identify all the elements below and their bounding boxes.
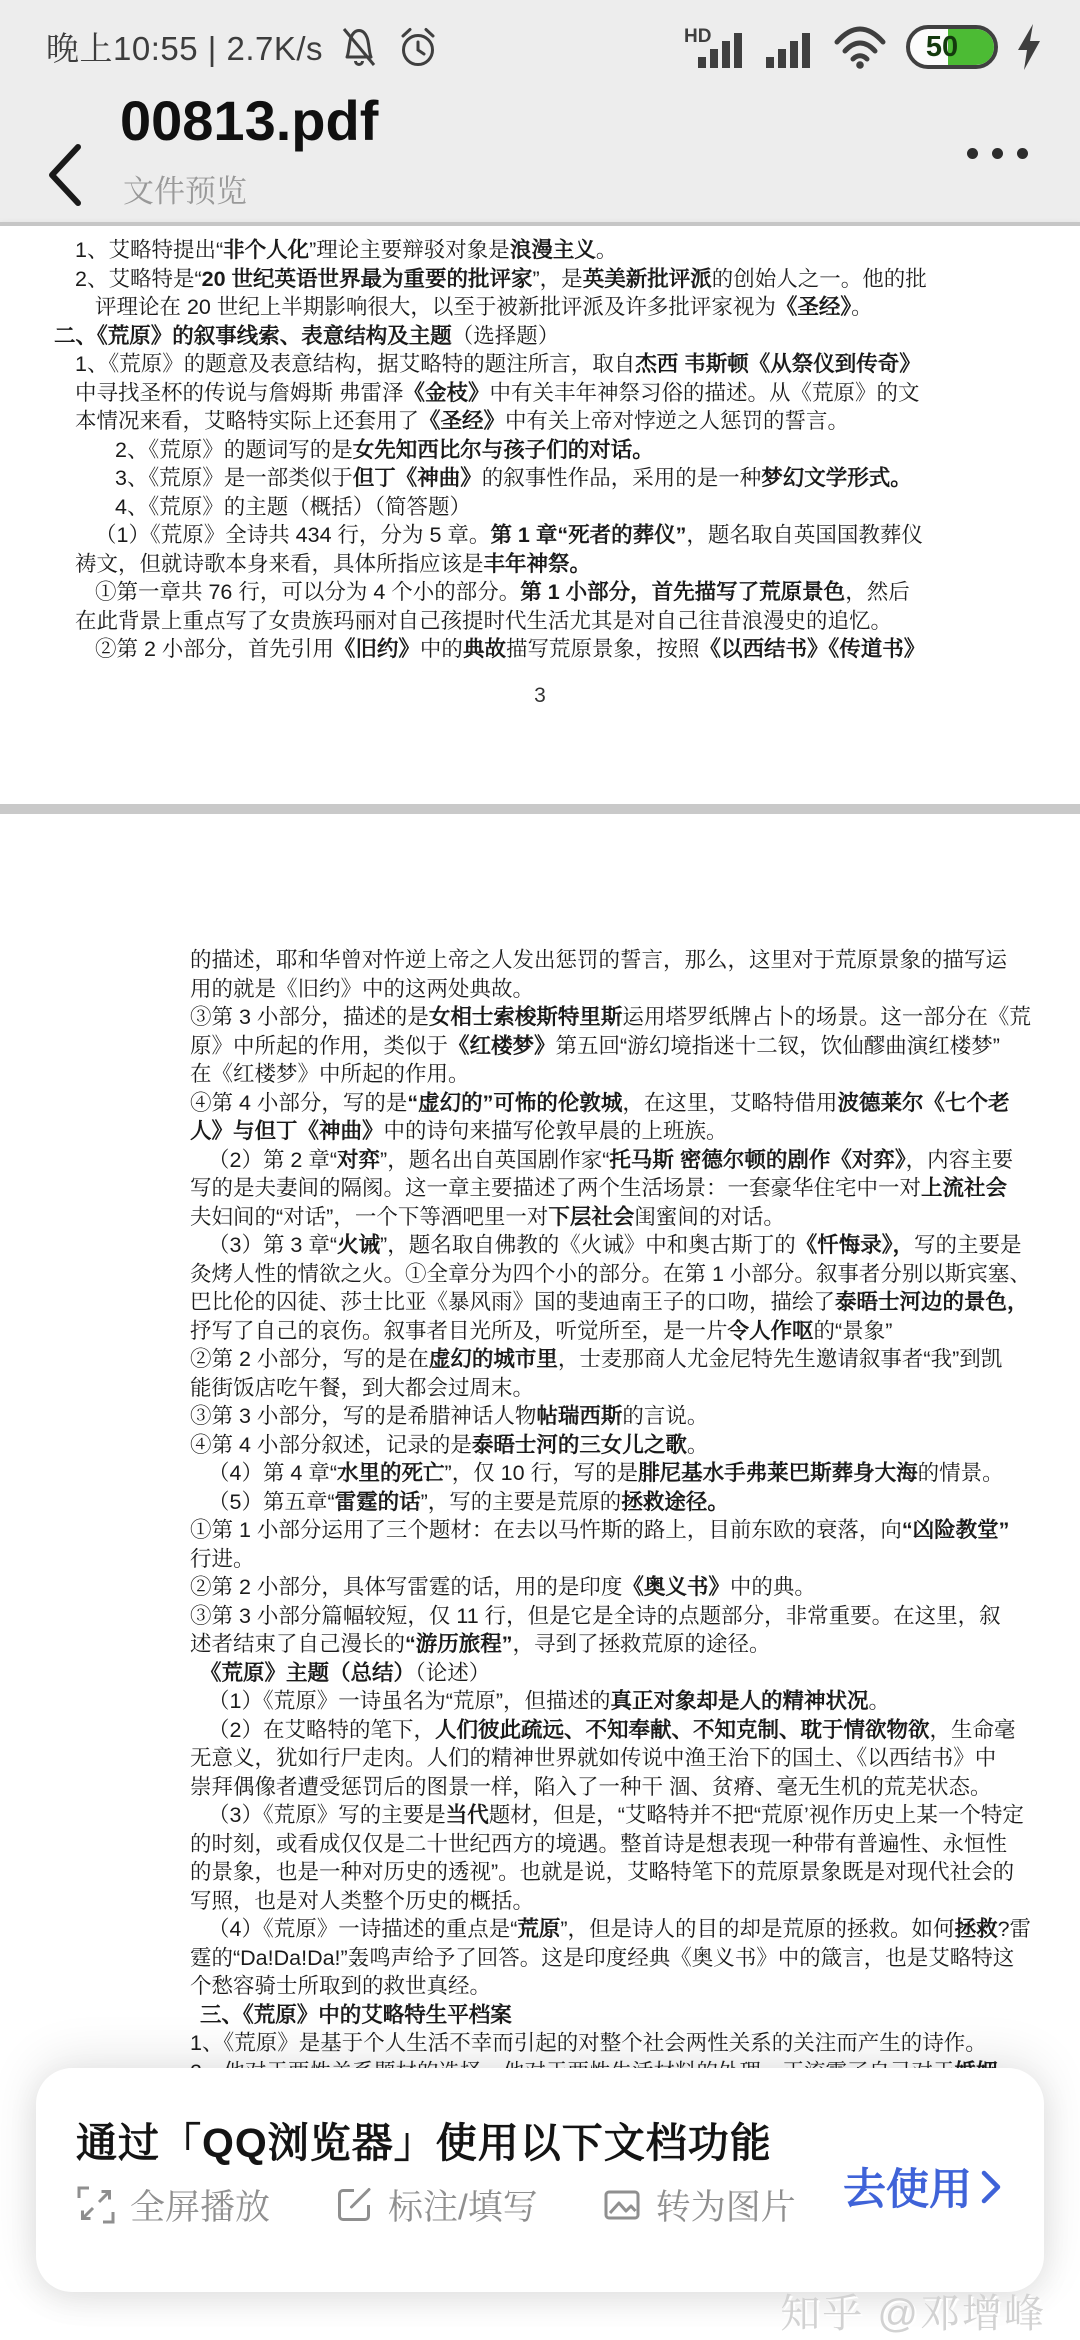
pdf-text-line: 1、《荒原》是基于个人生活不幸而引起的对整个社会两性关系的关注而产生的诗作。 (0, 2029, 1080, 2058)
open-in-qq-browser-cta[interactable]: 去使用 (843, 2156, 1002, 2217)
status-bar: 晚上10:55 | 2.7K/s HD 50 (0, 0, 1080, 80)
action-fullscreen[interactable]: 全屏播放 (76, 2180, 270, 2230)
pdf-text-line: 述者结束了自己漫长的“游历旅程”，寻到了拯救荒原的途径。 (0, 1630, 1080, 1659)
pdf-text-line: 3、《荒原》是一部类似于但丁《神曲》的叙事性作品，采用的是一种梦幻文学形式。 (0, 464, 1080, 493)
pdf-text-line: 抒写了自己的哀伤。叙事者目光所及，听觉所至，是一片令人作呕的“景象” (0, 1317, 1080, 1346)
pdf-text-line: 《荒原》主题（总结）（论述） (0, 1659, 1080, 1688)
pdf-text-line: 本情况来看，艾略特实际上还套用了《圣经》中有关上帝对悖逆之人惩罚的誓言。 (0, 407, 1080, 436)
pdf-text-line: （3）第 3 章“火诫”，题名取自佛教的《火诫》中和奥古斯丁的《忏悔录》，写的主… (0, 1231, 1080, 1260)
pdf-text-line: 祷文，但就诗歌本身来看，具体所指应该是丰年神祭。 (0, 550, 1080, 579)
file-preview-header: 00813.pdf 文件预览 (0, 80, 1080, 222)
bottom-sheet-title: 通过「QQ浏览器」使用以下文档功能 (76, 2110, 772, 2169)
annotate-icon (334, 2185, 374, 2225)
phone-screen: 晚上10:55 | 2.7K/s HD 50 00813.pdf 文件预览 3 (0, 0, 1080, 2340)
cta-label: 去使用 (843, 2156, 972, 2217)
pdf-text-line: 用的就是《旧约》中的这两处典故。 (0, 975, 1080, 1004)
pdf-text-line: （1）《荒原》一诗虽名为“荒原”，但描述的真正对象却是人的精神状况。 (0, 1687, 1080, 1716)
pdf-text-line: （1）《荒原》全诗共 434 行，分为 5 章。第 1 章“死者的葬仪”，题名取… (0, 521, 1080, 550)
action-label: 标注/填写 (388, 2180, 538, 2230)
pdf-text-line: 评理论在 20 世纪上半期影响很大，以至于被新批评派及许多批评家视为《圣经》。 (0, 293, 1080, 322)
pdf-text-line: ②第 2 小部分，写的是在虚幻的城市里，士麦那商人尤金尼特先生邀请叙事者“我”到… (0, 1345, 1080, 1374)
pdf-text-line: ①第一章共 76 行，可以分为 4 个小的部分。第 1 小部分，首先描写了荒原景… (0, 578, 1080, 607)
pdf-text-line: 1、艾略特提出“非个人化”理论主要辩驳对象是浪漫主义。 (0, 236, 1080, 265)
signal-icon (764, 24, 814, 70)
pdf-text-line: 夫妇间的“对话”，一个下等酒吧里一对下层社会闺蜜间的对话。 (0, 1203, 1080, 1232)
qq-browser-bottom-sheet: 通过「QQ浏览器」使用以下文档功能 去使用 全屏播放标注/填写转为图片 (36, 2068, 1044, 2292)
pdf-text-line: 个愁容骑士所取到的救世真经。 (0, 1972, 1080, 2001)
chevron-right-icon (980, 2168, 1002, 2206)
pdf-text-line: 二、《荒原》的叙事线索、表意结构及主题（选择题） (0, 322, 1080, 351)
to-image-icon (602, 2185, 642, 2225)
zhihu-watermark: 知乎 @邓增峰 (780, 2282, 1046, 2339)
pdf-text-line: 霆的“Da!Da!Da!”轰鸣声给予了回答。这是印度经典《奥义书》中的箴言，也是… (0, 1944, 1080, 1973)
page-number: 3 (0, 684, 1080, 708)
pdf-text-line: 中寻找圣杯的传说与詹姆斯 弗雷泽《金枝》中有关丰年神祭习俗的描述。从《荒原》的文 (0, 379, 1080, 408)
pdf-text-line: 2、艾略特是“20 世纪英语世界最为重要的批评家”，是英美新批评派的创始人之一。… (0, 265, 1080, 294)
action-label: 转为图片 (656, 2180, 796, 2230)
battery-percent: 50 (910, 29, 994, 65)
wifi-icon (832, 24, 888, 70)
pdf-text-line: ①第 1 小部分运用了三个题材：在去以马忤斯的路上，目前东欧的衰落，向“凶险教堂… (0, 1516, 1080, 1545)
pdf-text-line: 写照，也是对人类整个历史的概括。 (0, 1887, 1080, 1916)
pdf-text-line: （2）在艾略特的笔下，人们彼此疏远、不知奉献、不知克制、耽于情欲物欲，生命毫 (0, 1716, 1080, 1745)
battery-icon: 50 (906, 25, 998, 69)
pdf-text-line: 的时刻，或看成仅仅是二十世纪西方的境遇。整首诗是想表现一种带有普遍性、永恒性 (0, 1830, 1080, 1859)
pdf-text-line: （5）第五章“雷霆的话”，写的主要是荒原的拯救途径。 (0, 1488, 1080, 1517)
pdf-text-line: 三、《荒原》中的艾略特生平档案 (0, 2001, 1080, 2030)
pdf-text-line: ④第 4 小部分叙述，记录的是泰晤士河的三女儿之歌。 (0, 1431, 1080, 1460)
pdf-text-line: 原》中所起的作用，类似于《红楼梦》第五回“游幻境指迷十二钗，饮仙醪曲演红楼梦” (0, 1032, 1080, 1061)
pdf-text-line: 能街饭店吃午餐，到大都会过周末。 (0, 1374, 1080, 1403)
pdf-text-line: ②第 2 小部分，具体写雷霆的话，用的是印度《奥义书》中的典。 (0, 1573, 1080, 1602)
pdf-text-line: （3）《荒原》写的主要是当代题材，但是，“艾略特并不把“荒原’视作历史上某一个特… (0, 1801, 1080, 1830)
document-actions-row: 全屏播放标注/填写转为图片 (76, 2180, 796, 2230)
pdf-text-line: 的描述，耶和华曾对忤逆上帝之人发出惩罚的誓言，那么，这里对于荒原景象的描写运 (0, 946, 1080, 975)
action-label: 全屏播放 (130, 2180, 270, 2230)
hd-signal-icon: HD (684, 24, 746, 70)
pdf-text-line: ④第 4 小部分，写的是“虚幻的”可怖的伦敦城，在这里，艾略特借用波德莱尔《七个… (0, 1089, 1080, 1118)
pdf-text-line: 人》与但丁《神曲》中的诗句来描写伦敦早晨的上班族。 (0, 1117, 1080, 1146)
pdf-text-line: 1、《荒原》的题意及表意结构，据艾略特的题注所言，取自杰西 韦斯顿《从祭仪到传奇… (0, 350, 1080, 379)
charging-icon (1016, 24, 1042, 70)
pdf-page-3[interactable]: 3 1、艾略特提出“非个人化”理论主要辩驳对象是浪漫主义。2、艾略特是“20 世… (0, 226, 1080, 804)
pdf-text-line: ②第 2 小部分，首先引用《旧约》中的典故描写荒原景象，按照《以西结书》《传道书… (0, 635, 1080, 664)
pdf-text-line: 灸烤人性的情欲之火。①全章分为四个小的部分。在第 1 小部分。叙事者分别以斯宾塞… (0, 1260, 1080, 1289)
pdf-text-line: 的景象，也是一种对历史的透视”。也就是说，艾略特笔下的荒原景象既是对现代社会的 (0, 1858, 1080, 1887)
fullscreen-icon (76, 2185, 116, 2225)
pdf-text-line: ③第 3 小部分篇幅较短，仅 11 行，但是它是全诗的点题部分，非常重要。在这里… (0, 1602, 1080, 1631)
more-options-button[interactable] (953, 148, 1028, 159)
pdf-text-line: 写的是夫妻间的隔阂。这一章主要描述了两个生活场景：一套豪华住宅中一对上流社会 (0, 1174, 1080, 1203)
page-separator (0, 804, 1080, 814)
pdf-text-line: 在此背景上重点写了女贵族玛丽对自己孩提时代生活尤其是对自己往昔浪漫史的追忆。 (0, 607, 1080, 636)
pdf-text-line: 2、《荒原》的题词写的是女先知西比尔与孩子们的对话。 (0, 436, 1080, 465)
action-to-image[interactable]: 转为图片 (602, 2180, 796, 2230)
status-time-speed: 晚上10:55 | 2.7K/s (46, 23, 323, 70)
pdf-text-line: 4、《荒原》的主题（概括）（简答题） (0, 493, 1080, 522)
pdf-text-line: （2）第 2 章“对弈”，题名出自英国剧作家“托马斯 密德尔顿的剧作《对弈》，内… (0, 1146, 1080, 1175)
action-annotate[interactable]: 标注/填写 (334, 2180, 538, 2230)
pdf-text-line: ③第 3 小部分，描述的是女相士索梭斯特里斯运用塔罗纸牌占卜的场景。这一部分在《… (0, 1003, 1080, 1032)
pdf-text-line: 行进。 (0, 1545, 1080, 1574)
pdf-text-line: （4）第 4 章“水里的死亡”，仅 10 行，写的是腓尼基水手弗莱巴斯葬身大海的… (0, 1459, 1080, 1488)
page-title: 00813.pdf (120, 88, 378, 153)
muted-bell-icon (339, 24, 379, 70)
pdf-text-line: 崇拜偶像者遭受惩罚后的图景一样，陷入了一种干 涸、贫瘠、毫无生机的荒芜状态。 (0, 1773, 1080, 1802)
pdf-text-line: （4）《荒原》一诗描述的重点是“荒原”，但是诗人的目的却是荒原的拯救。如何拯救?… (0, 1915, 1080, 1944)
pdf-text-line: 在《红楼梦》中所起的作用。 (0, 1060, 1080, 1089)
pdf-text-line: 无意义，犹如行尸走肉。人们的精神世界就如传说中渔王治下的国土、《以西结书》中 (0, 1744, 1080, 1773)
pdf-text-line: ③第 3 小部分，写的是希腊神话人物帖瑞西斯的言说。 (0, 1402, 1080, 1431)
page-subtitle: 文件预览 (123, 166, 247, 211)
svg-text:HD: HD (684, 26, 711, 47)
back-button[interactable] (42, 142, 88, 208)
alarm-icon (395, 24, 441, 70)
pdf-text-line: 巴比伦的囚徒、莎士比亚《暴风雨》国的斐迪南王子的口吻，描绘了泰晤士河边的景色， (0, 1288, 1080, 1317)
